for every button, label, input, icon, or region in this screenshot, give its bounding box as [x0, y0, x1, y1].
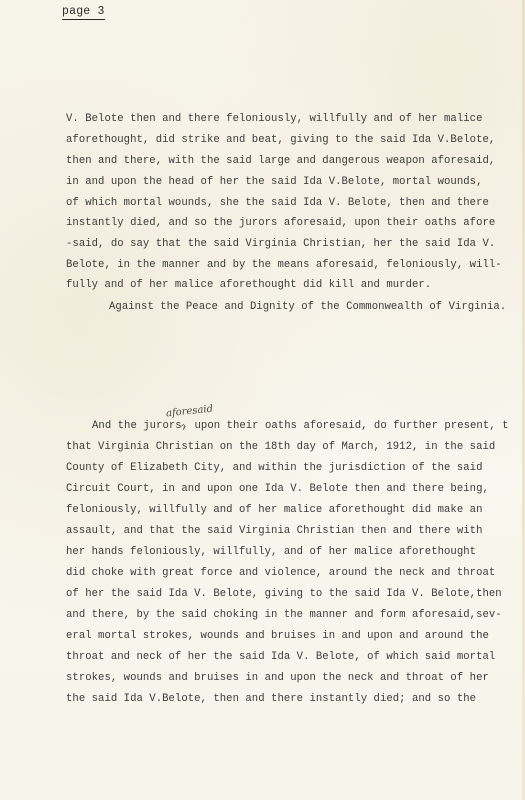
- document-page: page 3 V. Belote then and there feloniou…: [0, 0, 525, 800]
- text-line: and there, by the said choking in the ma…: [66, 608, 502, 622]
- text-line: did choke with great force and violence,…: [66, 566, 495, 580]
- text-line: that Virginia Christian on the 18th day …: [66, 440, 495, 454]
- text-line: aforethought, did strike and beat, givin…: [66, 133, 495, 147]
- closing-line: Against the Peace and Dignity of the Com…: [109, 300, 506, 314]
- text-line: throat and neck of her the said Ida V. B…: [66, 650, 495, 664]
- text-line: And the jurors, upon their oaths aforesa…: [92, 419, 508, 433]
- text-line: the said Ida V.Belote, then and there in…: [66, 692, 476, 706]
- page-number-label: page 3: [62, 5, 105, 20]
- text-line: assault, and that the said Virginia Chri…: [66, 524, 482, 538]
- text-line: eral mortal strokes, wounds and bruises …: [66, 629, 489, 643]
- handwritten-insertion: aforesaid: [166, 404, 214, 420]
- text-line: fully and of her malice aforethought did…: [66, 278, 431, 292]
- text-line: strokes, wounds and bruises in and upon …: [66, 671, 489, 685]
- text-line: Circuit Court, in and upon one Ida V. Be…: [66, 482, 489, 496]
- text-line: V. Belote then and there feloniously, wi…: [66, 112, 482, 126]
- text-line: of which mortal wounds, she the said Ida…: [66, 196, 489, 210]
- text-line: instantly died, and so the jurors afores…: [66, 216, 495, 230]
- text-line: in and upon the head of her the said Ida…: [66, 175, 482, 189]
- text-line: of her the said Ida V. Belote, giving to…: [66, 587, 502, 601]
- text-line: her hands feloniously, willfully, and of…: [66, 545, 476, 559]
- text-line: feloniously, willfully and of her malice…: [66, 503, 482, 517]
- text-line: Belote, in the manner and by the means a…: [66, 258, 502, 272]
- text-line: then and there, with the said large and …: [66, 154, 495, 168]
- text-line: County of Elizabeth City, and within the…: [66, 461, 482, 475]
- text-line: -said, do say that the said Virginia Chr…: [66, 237, 495, 251]
